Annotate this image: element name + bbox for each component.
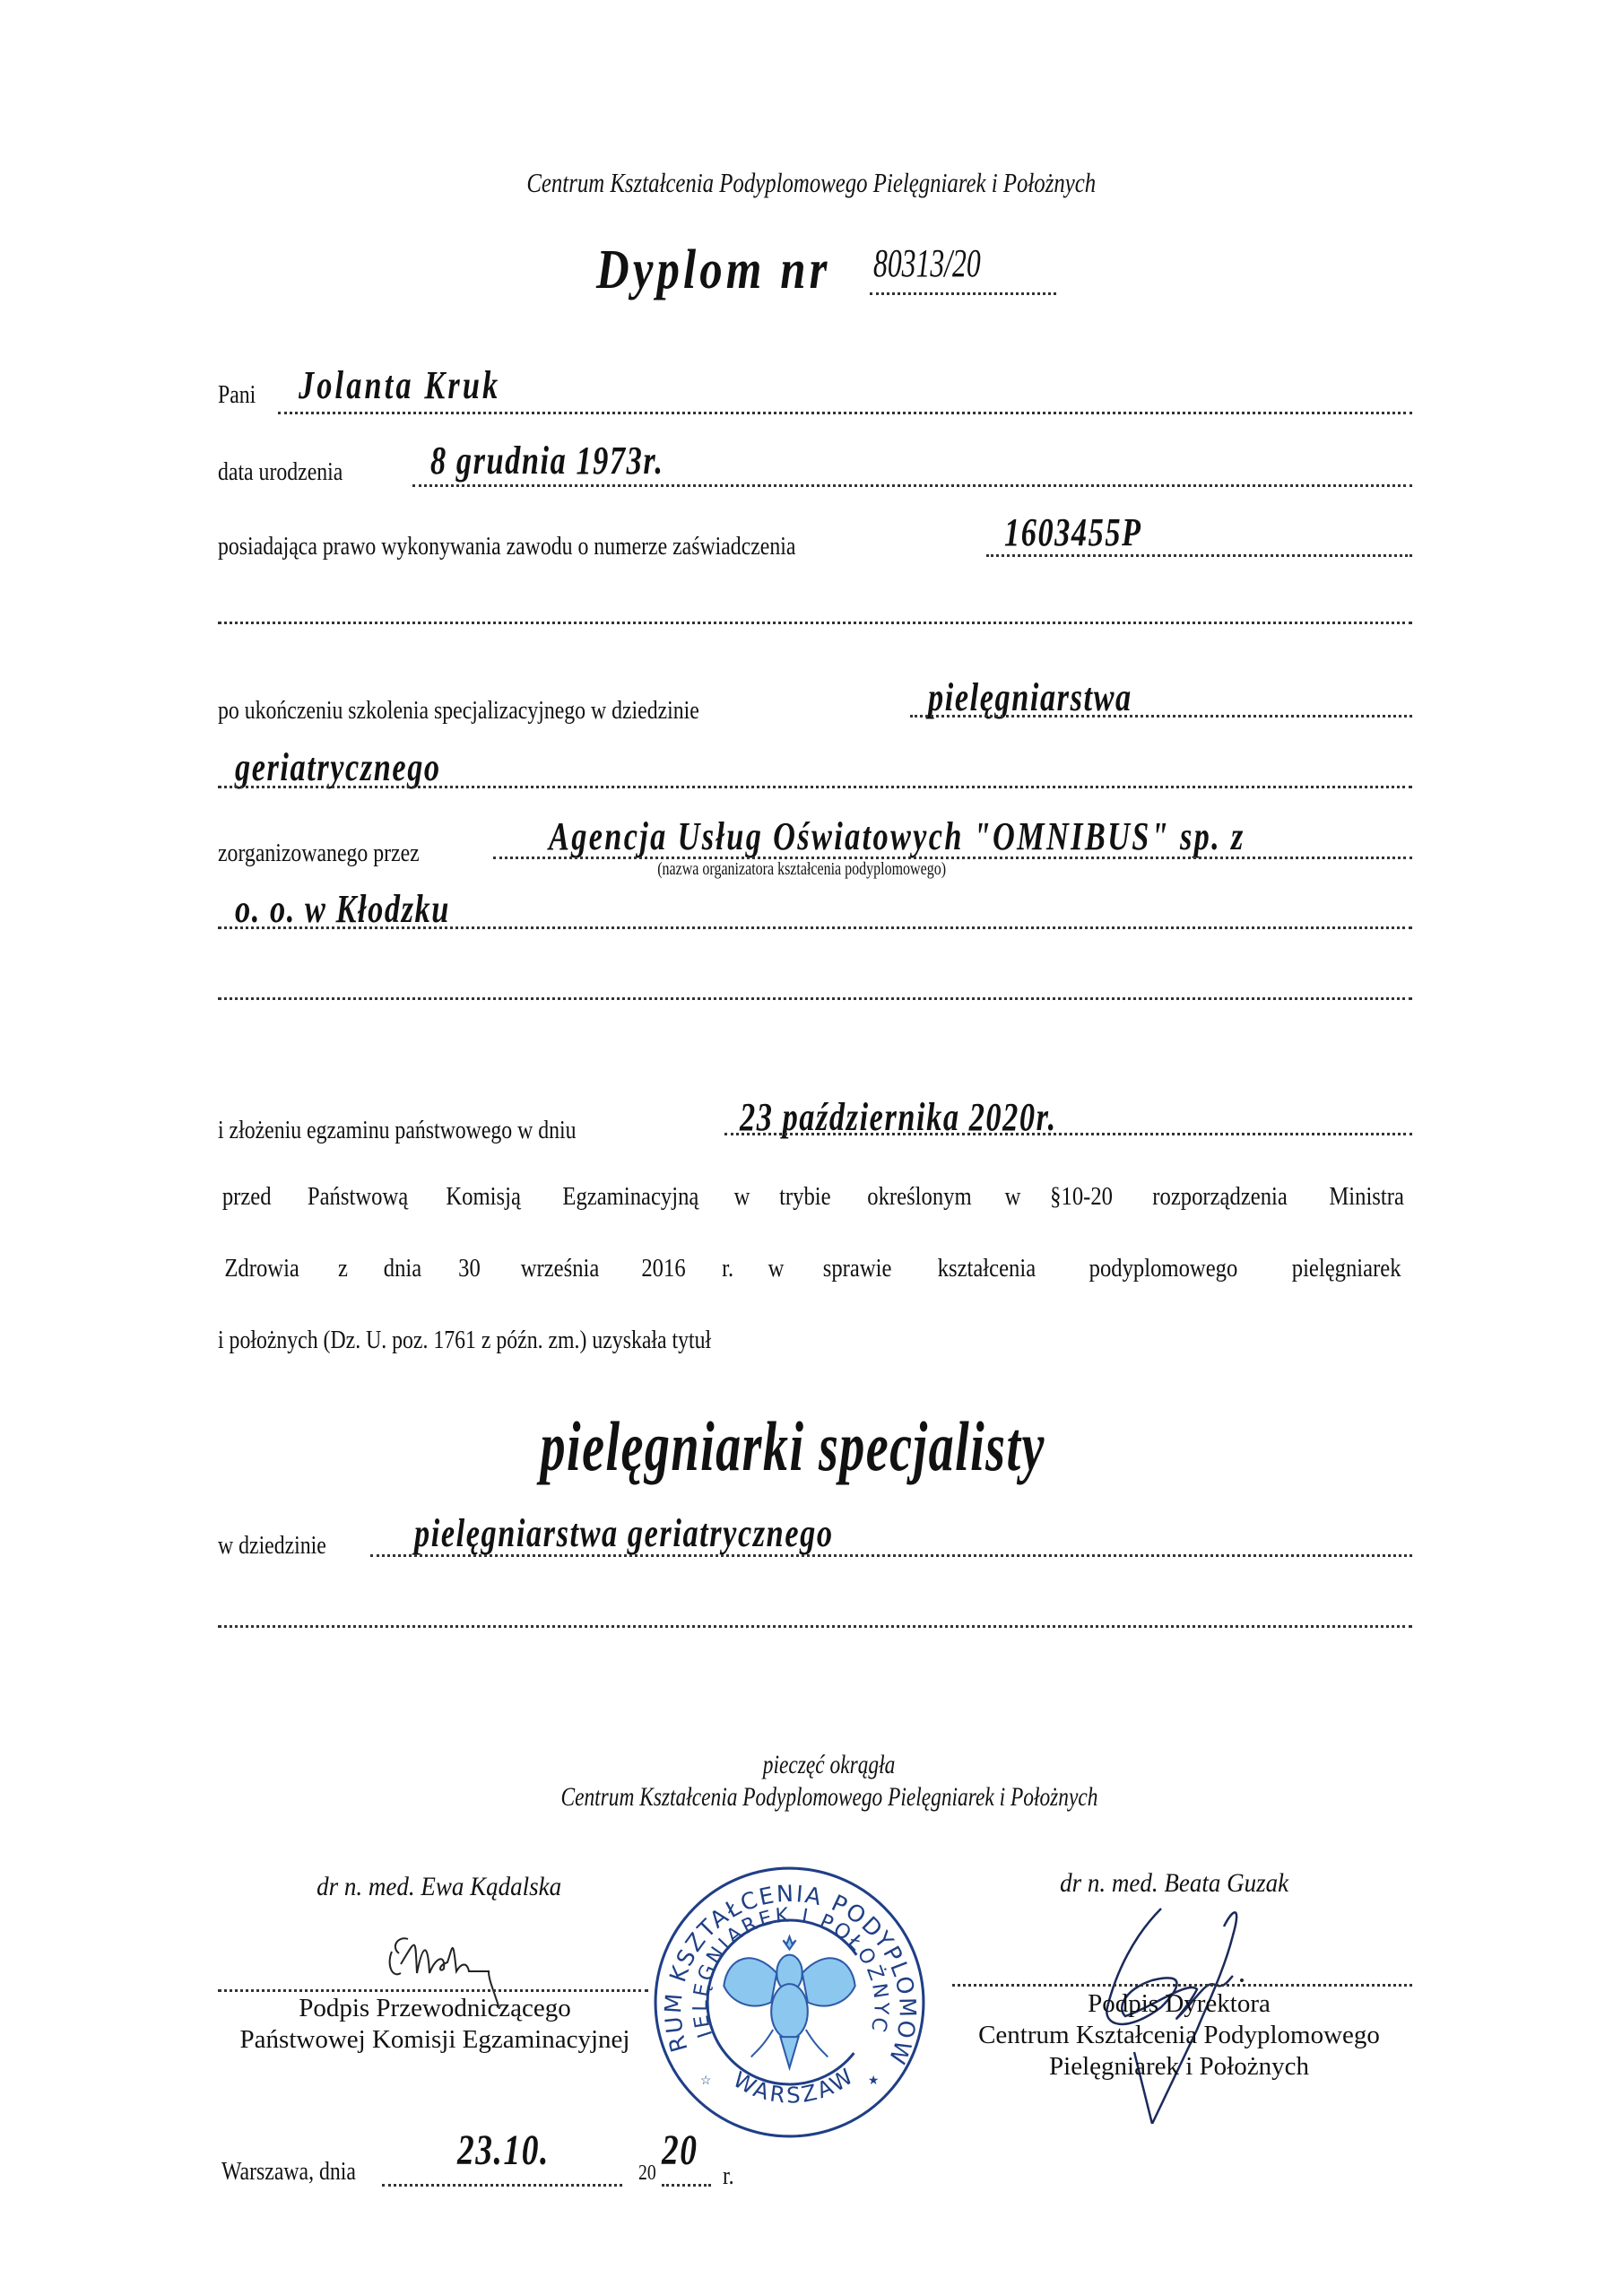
- director-role: Podpis Dyrektora Centrum Kształcenia Pod…: [950, 1988, 1408, 2083]
- organizer-field-line2: o. o. w Kłodzku: [235, 886, 511, 932]
- legal-word: określonym: [867, 1182, 971, 1212]
- seal-caption-line2: Centrum Kształcenia Podyplomowego Pielęg…: [0, 1782, 1622, 1813]
- chair-role-line1: Podpis Przewodniczącego: [215, 1993, 655, 2024]
- director-signature-dots: [952, 1984, 1412, 1987]
- legal-word: w: [1004, 1182, 1020, 1212]
- chair-role-line2: Państwowej Komisji Egzaminacyjnej: [215, 2024, 655, 2056]
- legal-word: 30: [458, 1254, 481, 1283]
- organizer-field-line1: Agencja Usług Oświatowych "OMNIBUS" sp. …: [549, 813, 1442, 859]
- diploma-title-text: Dyplom nr: [596, 239, 830, 302]
- organizer-caption: (nazwa organizatora kształcenia podyplom…: [0, 859, 1622, 880]
- director-role-line3: Pielęgniarek i Położnych: [950, 2051, 1408, 2083]
- legal-word: w: [768, 1254, 784, 1283]
- pani-label: Pani: [218, 380, 265, 410]
- legal-word: 2016: [642, 1254, 686, 1283]
- legal-text-line-2: Zdrowiazdnia30września2016r.wsprawiekszt…: [218, 1254, 1410, 1283]
- legal-word: podyplomowego: [1089, 1254, 1237, 1283]
- issuer-header-text: Centrum Kształcenia Podyplomowego Pielęg…: [526, 167, 1096, 199]
- legal-word: kształcenia: [937, 1254, 1036, 1283]
- legal-word: pielęgniarek: [1291, 1254, 1401, 1283]
- eagle-emblem-icon: [724, 1936, 854, 2067]
- license-dots: [986, 554, 1412, 557]
- diploma-number-dots: [870, 292, 1056, 295]
- training-field-line2: geriatrycznego: [235, 744, 499, 790]
- issue-date-field: 23.10.: [457, 2126, 576, 2175]
- legal-word: §10-20: [1050, 1182, 1113, 1212]
- diploma-title: Dyplom nr: [596, 239, 882, 302]
- issuer-header: Centrum Kształcenia Podyplomowego Pielęg…: [0, 167, 1622, 199]
- year-r-label: r.: [723, 2161, 736, 2191]
- diploma-number: 80313/20: [873, 240, 1022, 286]
- legal-word: r.: [722, 1254, 733, 1283]
- legal-word: rozporządzenia: [1153, 1182, 1288, 1212]
- awarded-title: pielęgniarki specjalisty: [0, 1406, 1622, 1487]
- legal-text-line-3: i położnych (Dz. U. poz. 1761 z późn. zm…: [218, 1326, 820, 1355]
- exam-date-dots: [724, 1133, 1412, 1135]
- blank-line-3: [218, 1625, 1412, 1628]
- name-dots: [278, 412, 1412, 414]
- legal-word: Egzaminacyjną: [562, 1182, 698, 1212]
- director-role-line2: Centrum Kształcenia Podyplomowego: [950, 2020, 1408, 2051]
- year-prefix: 20: [638, 2161, 660, 2186]
- diploma-number-value: 80313/20: [873, 240, 981, 286]
- director-role-line1: Podpis Dyrektora: [950, 1988, 1408, 2020]
- issue-date-dots: [382, 2184, 622, 2187]
- blank-line-1: [218, 622, 1412, 624]
- svg-text:★: ★: [868, 2074, 880, 2088]
- legal-word: w: [734, 1182, 750, 1212]
- specialty-field: pielęgniarstwa geriatrycznego: [414, 1510, 951, 1556]
- birth-date-dots: [412, 484, 1412, 487]
- legal-word: Państwową: [308, 1182, 408, 1212]
- chair-signature-dots: [218, 1989, 648, 1992]
- organizer-dots-2: [218, 926, 1412, 929]
- training-dots-1: [910, 715, 1412, 717]
- name-field: Jolanta Kruk: [299, 362, 558, 408]
- specialty-label: w dziedzinie: [218, 1531, 350, 1561]
- place-date-label: Warszawa, dnia: [221, 2157, 386, 2187]
- legal-word: sprawie: [822, 1254, 891, 1283]
- legal-word: trybie: [779, 1182, 831, 1212]
- birth-date-label: data urodzenia: [218, 457, 370, 487]
- legal-word: Komisją: [446, 1182, 521, 1212]
- legal-word: września: [521, 1254, 600, 1283]
- specialty-dots: [370, 1554, 1412, 1557]
- training-label: po ukończeniu szkolenia specjalizacyjneg…: [218, 696, 805, 726]
- director-name: dr n. med. Beata Guzak: [950, 1868, 1399, 1899]
- seal-caption-line1: pieczęć okrągła: [0, 1750, 1622, 1780]
- license-number-field: 1603455P: [1004, 509, 1181, 555]
- legal-word: przed: [222, 1182, 272, 1212]
- exam-date-label: i złożeniu egzaminu państwowego w dniu: [218, 1116, 655, 1145]
- round-seal-icon: CENTRUM KSZTAŁCENIA PODYPLOMOWEGO PIELĘG…: [653, 1865, 926, 2139]
- blank-line-2: [218, 997, 1412, 1000]
- legal-text-line-1: przedPaństwowąKomisjąEgzaminacyjnąwtrybi…: [218, 1182, 1410, 1212]
- legal-word: dnia: [384, 1254, 421, 1283]
- chair-name: dr n. med. Ewa Kądalska: [215, 1872, 664, 1902]
- svg-text:☆: ☆: [700, 2074, 712, 2088]
- year-suffix-field: 20: [662, 2126, 708, 2175]
- legal-word: Ministra: [1329, 1182, 1404, 1212]
- birth-date-field: 8 grudnia 1973r.: [430, 438, 730, 483]
- training-field-line1: pielęgniarstwa: [928, 674, 1190, 720]
- license-label: posiadająca prawo wykonywania zawodu o n…: [218, 532, 923, 561]
- year-dots: [662, 2184, 711, 2187]
- legal-word: Zdrowia: [224, 1254, 299, 1283]
- training-dots-2: [218, 786, 1412, 788]
- chair-role: Podpis Przewodniczącego Państwowej Komis…: [215, 1993, 655, 2056]
- legal-word: z: [338, 1254, 348, 1283]
